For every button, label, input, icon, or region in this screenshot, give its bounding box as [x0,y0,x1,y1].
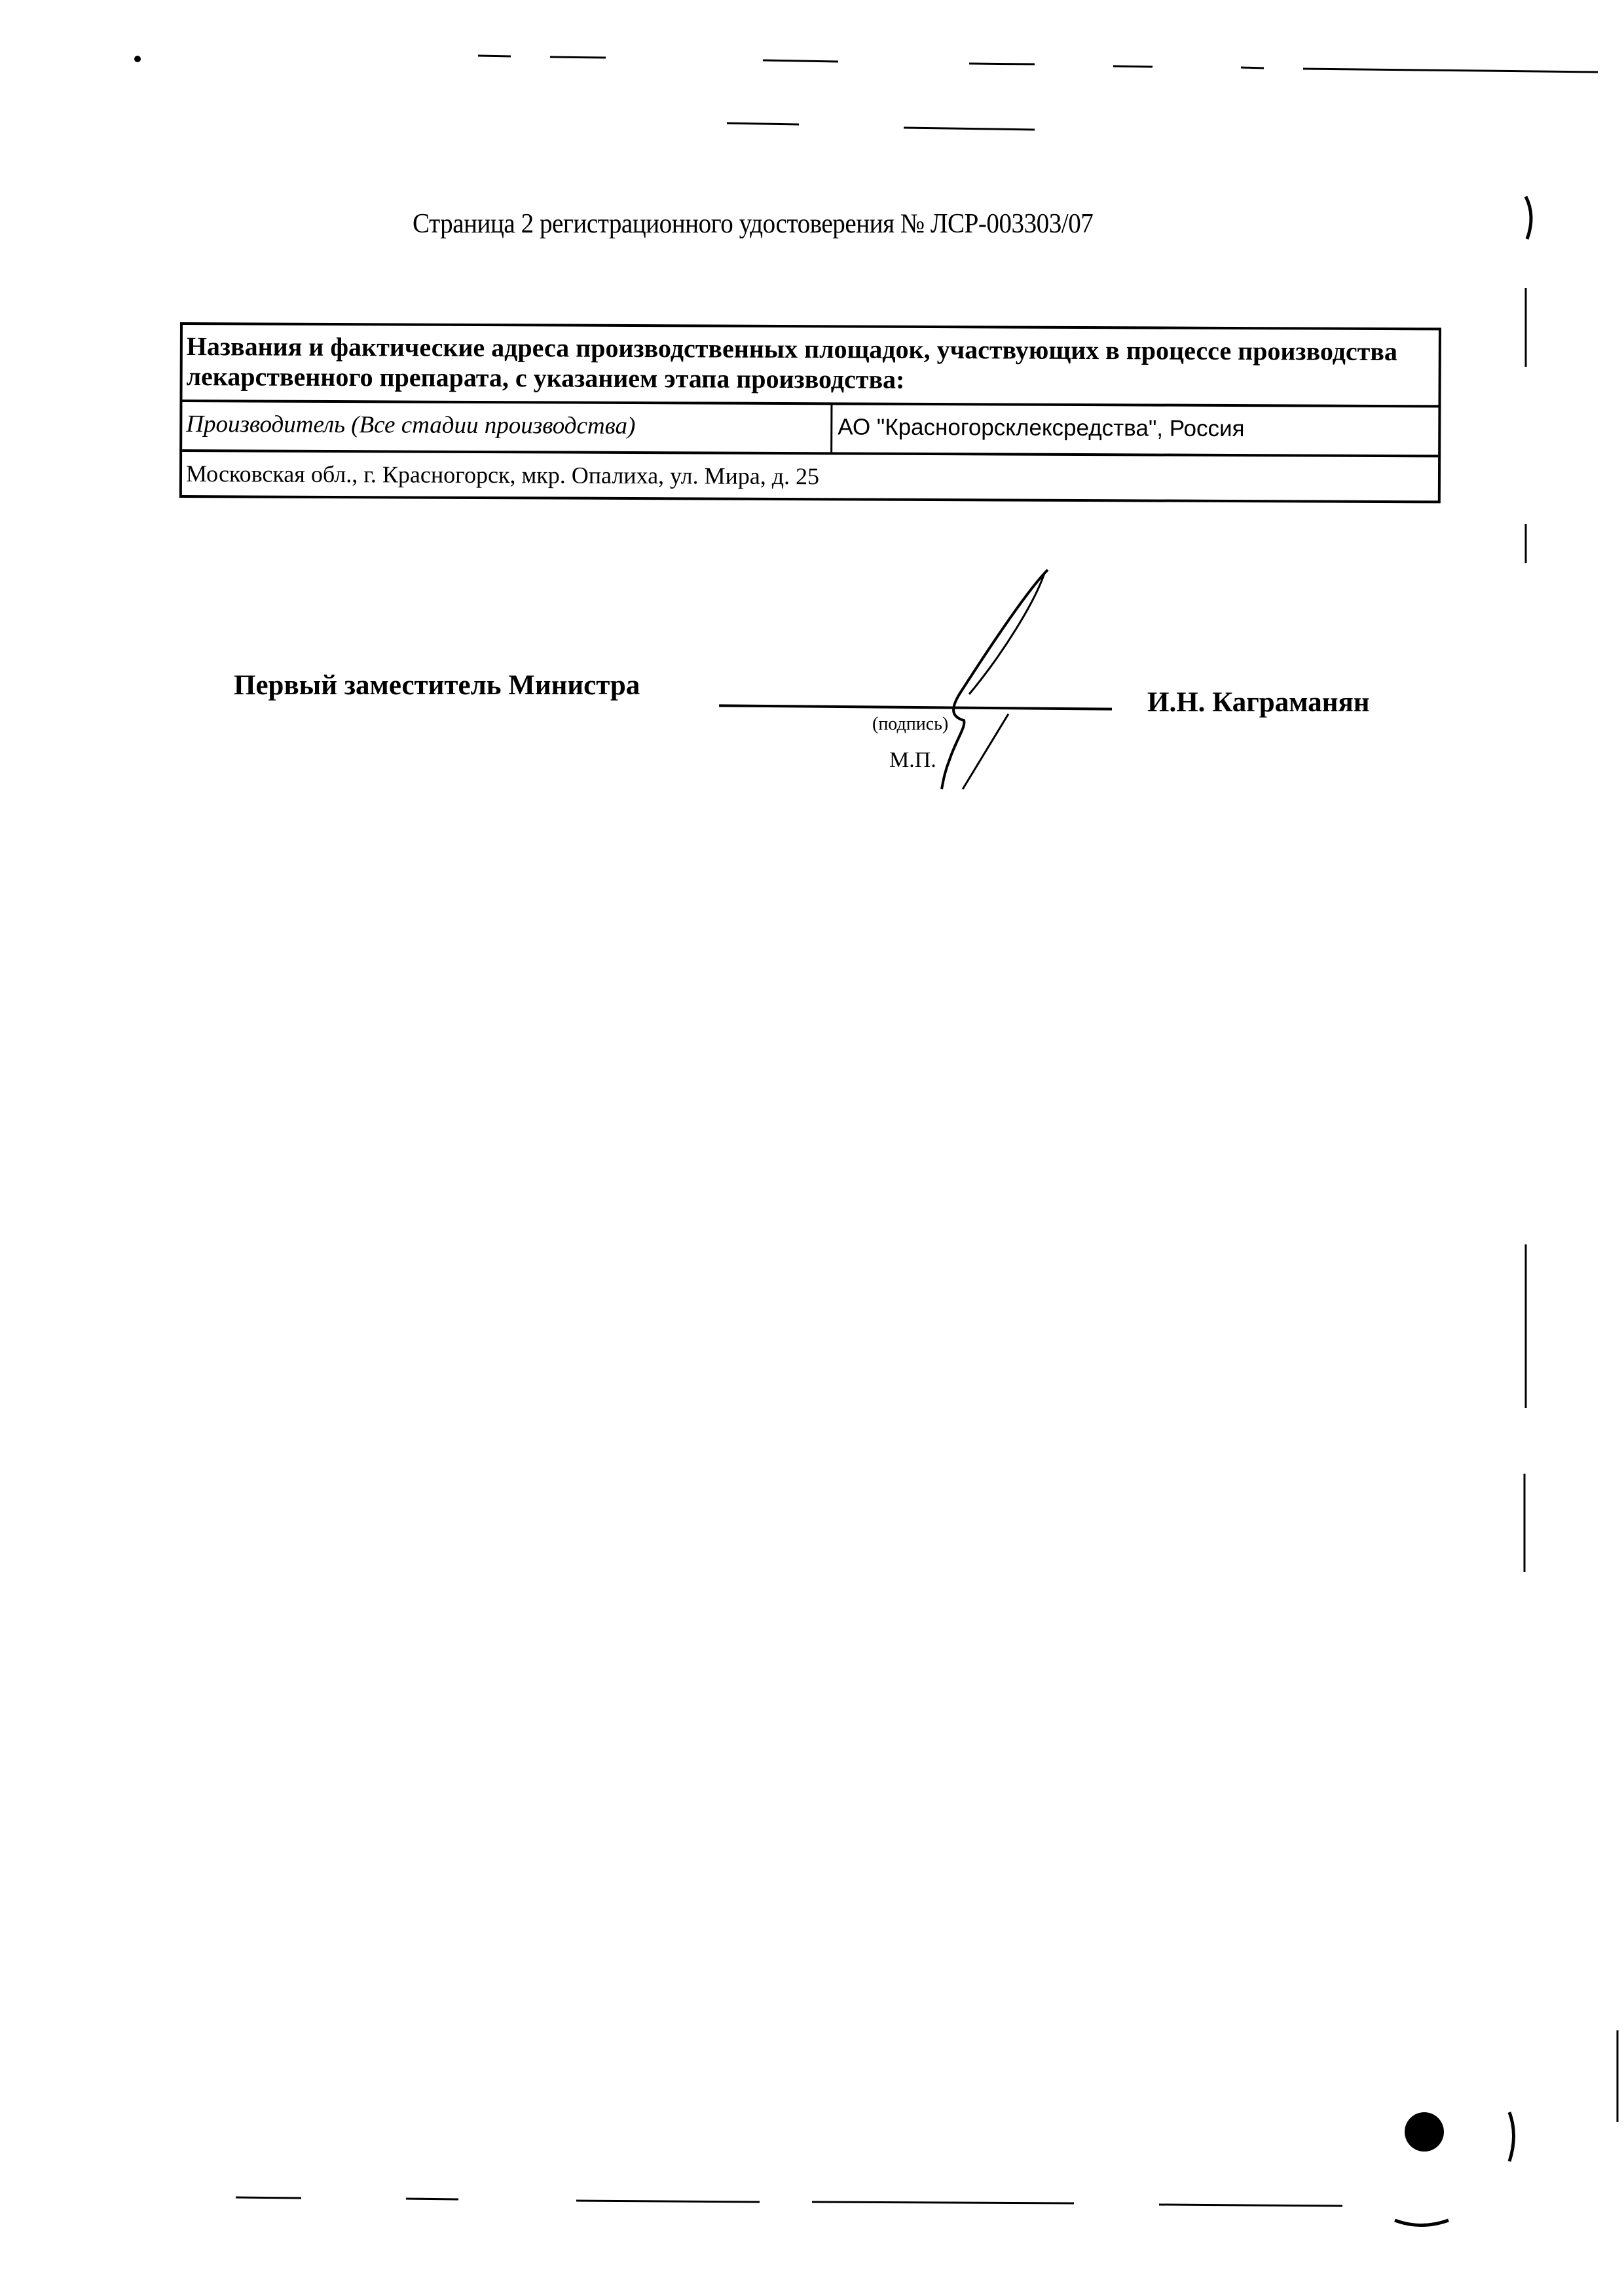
manufacturer-role: Производитель (Все стадии производства) [182,402,830,452]
signer-name: И.Н. Каграманян [1147,686,1370,718]
table-heading: Названия и фактические адреса производст… [182,325,1438,405]
manufacturer-address: Московская обл., г. Красногорск, мкр. Оп… [182,449,1438,500]
signature-caption: (подпись) [872,714,948,735]
production-sites-table: Названия и фактические адреса производст… [179,322,1441,503]
table-row: Производитель (Все стадии производства) … [182,400,1438,455]
seal-mark: М.П. [889,748,936,773]
signer-title: Первый заместитель Министра [234,669,640,701]
page-header: Страница 2 регистрационного удостоверени… [413,208,1093,240]
manufacturer-company: АО "Красногорсклексредства", Россия [830,405,1438,455]
hole-punch-mark [1405,2112,1444,2152]
